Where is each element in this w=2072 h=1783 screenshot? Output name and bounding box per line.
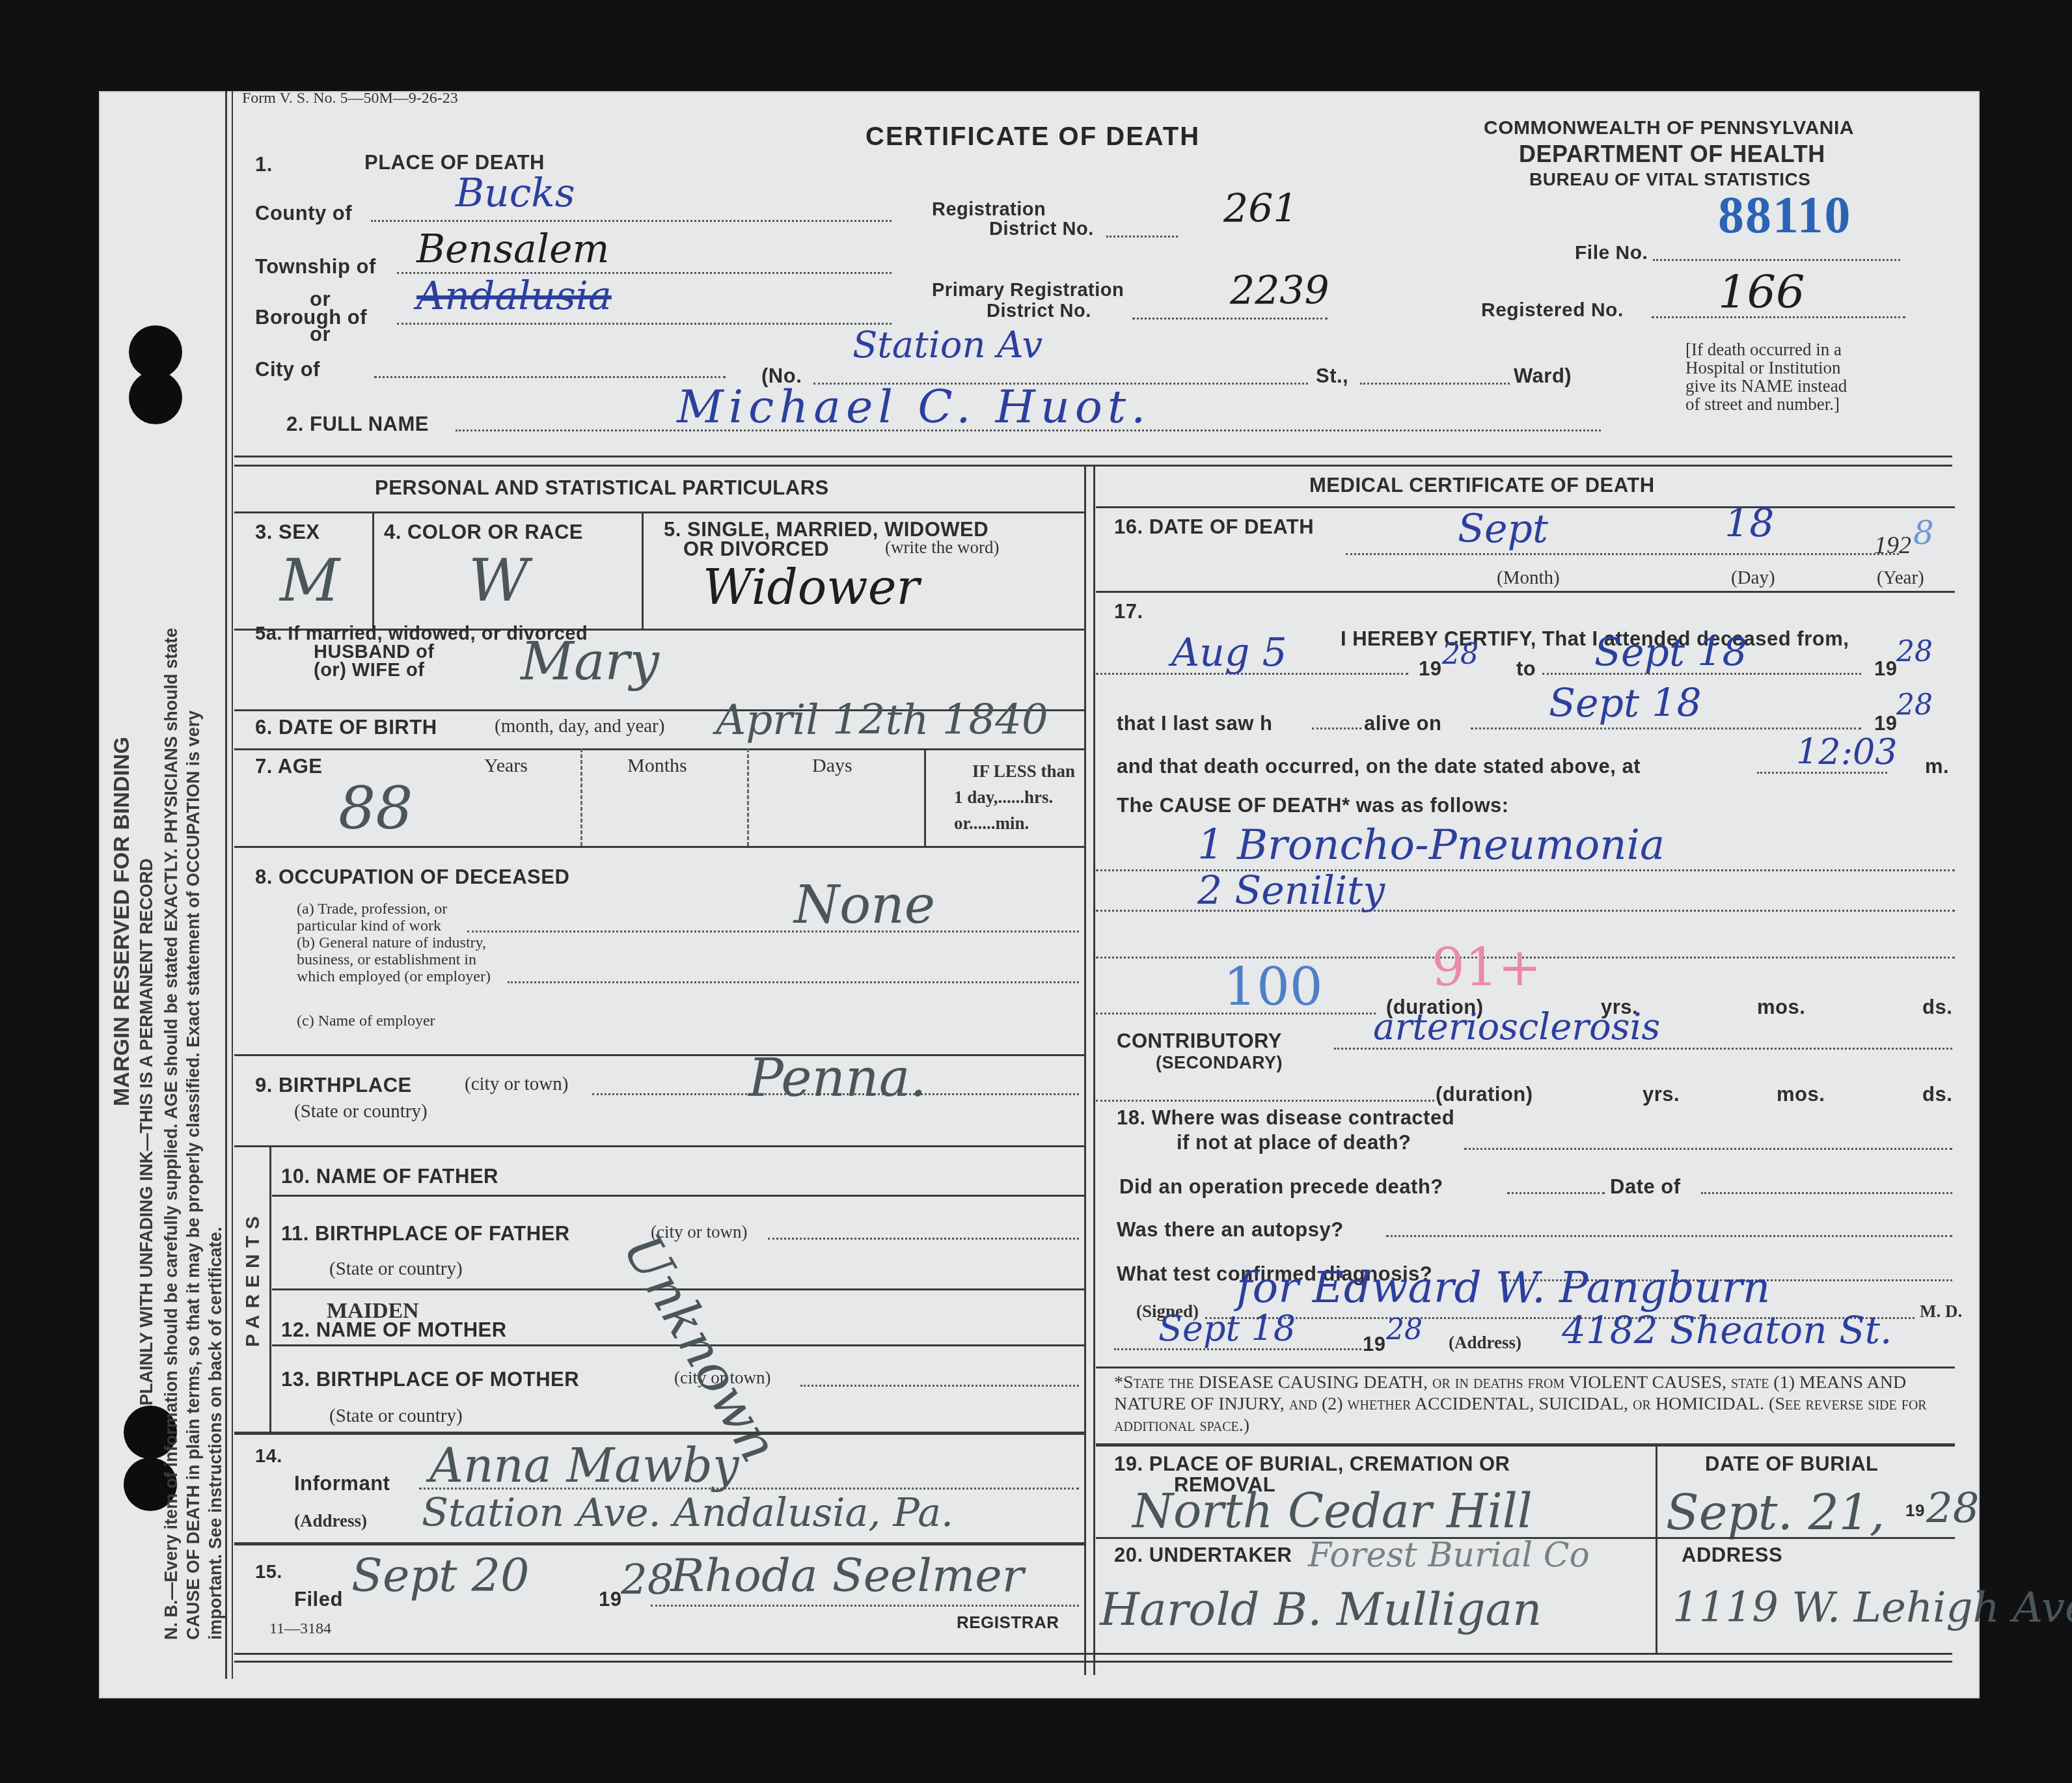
burial-year-prefix: 19 bbox=[1905, 1501, 1925, 1521]
mother-label: 12. NAME OF MOTHER bbox=[281, 1318, 507, 1342]
father-birthplace-label: 11. BIRTHPLACE OF FATHER bbox=[281, 1222, 570, 1245]
duration-label-2: (duration) bbox=[1436, 1083, 1533, 1106]
margin-line-1: N. B.—Every item of information should b… bbox=[161, 628, 182, 1640]
age-label: 7. AGE bbox=[255, 755, 323, 778]
day-label: (Day) bbox=[1731, 567, 1775, 589]
code-blue: 100 bbox=[1223, 957, 1323, 1017]
margin-line-2: PLAINLY WITH UNFADING INK—THIS IS A PERM… bbox=[137, 858, 157, 1406]
row-line bbox=[234, 1145, 1084, 1147]
father-state-hint: (State or country) bbox=[329, 1259, 463, 1280]
attend-to-year-prefix: 19 bbox=[1874, 657, 1897, 681]
dod-month[interactable]: Sept bbox=[1458, 506, 1548, 552]
attend-to-year[interactable]: 28 bbox=[1896, 635, 1933, 668]
years-label: Years bbox=[484, 755, 528, 777]
informant-address-label: (Address) bbox=[294, 1511, 367, 1531]
operation-label: Did an operation precede death? bbox=[1119, 1175, 1443, 1199]
col-line bbox=[1656, 1446, 1657, 1654]
dob-label: 6. DATE OF BIRTH bbox=[255, 716, 437, 739]
row-line-thick bbox=[234, 1542, 1084, 1545]
hospital-note-4: of street and number.] bbox=[1685, 394, 1840, 415]
occupation-label: 8. OCCUPATION OF DECEASED bbox=[255, 865, 569, 889]
filed-label: Filed bbox=[294, 1588, 343, 1611]
margin-line-3: CAUSE OF DEATH in plain terms, so that i… bbox=[184, 711, 204, 1640]
q18-label-2: if not at place of death? bbox=[1177, 1131, 1411, 1154]
months-label: Months bbox=[627, 755, 687, 777]
medical-header: MEDICAL CERTIFICATE OF DEATH bbox=[1309, 474, 1655, 497]
undertaker-address-label: ADDRESS bbox=[1682, 1544, 1782, 1567]
mother-birthplace-line bbox=[800, 1385, 1079, 1387]
age-value[interactable]: 88 bbox=[338, 774, 413, 843]
informant-name[interactable]: Anna Mawby bbox=[429, 1438, 739, 1493]
col-line bbox=[642, 511, 644, 629]
attend-from-year-prefix: 19 bbox=[1419, 657, 1441, 681]
row-line-thick bbox=[234, 1432, 1084, 1435]
burial-date-label: DATE OF BURIAL bbox=[1705, 1452, 1878, 1476]
informant-num: 14. bbox=[255, 1446, 282, 1467]
attend-from[interactable]: Aug 5 bbox=[1171, 630, 1287, 675]
mother-birthplace-label: 13. BIRTHPLACE OF MOTHER bbox=[281, 1368, 579, 1391]
parents-side-label: PARENTS bbox=[242, 1210, 264, 1347]
full-name-label: 2. FULL NAME bbox=[286, 413, 429, 436]
date-of-label: Date of bbox=[1610, 1175, 1681, 1199]
row-line bbox=[234, 1661, 1952, 1663]
attend-to[interactable]: Sept 18 bbox=[1594, 630, 1747, 675]
occupation-b-3: which employed (or employer) bbox=[297, 968, 491, 986]
burial-place-label-1: 19. PLACE OF BURIAL, CREMATION OR bbox=[1114, 1452, 1510, 1476]
row-line bbox=[234, 1653, 1952, 1655]
q18-line bbox=[1464, 1148, 1952, 1150]
col-dash bbox=[747, 748, 749, 846]
punch-hole bbox=[129, 371, 182, 424]
or-2: or bbox=[310, 323, 331, 346]
signed-year[interactable]: 28 bbox=[1386, 1313, 1423, 1346]
q18-label-1: 18. Where was disease contracted bbox=[1117, 1106, 1454, 1130]
ds-label-2: ds. bbox=[1922, 1083, 1952, 1106]
margin-title: MARGIN RESERVED FOR BINDING bbox=[109, 737, 135, 1106]
attend-from-year[interactable]: 28 bbox=[1442, 638, 1479, 671]
city-label: City of bbox=[255, 358, 320, 381]
column-divider bbox=[1093, 465, 1095, 1675]
month-label: (Month) bbox=[1497, 567, 1560, 589]
contributory-label: CONTRIBUTORY bbox=[1117, 1029, 1282, 1053]
informant-address[interactable]: Station Ave. Andalusia, Pa. bbox=[422, 1490, 953, 1536]
hospital-note-3: give its NAME instead bbox=[1685, 376, 1847, 396]
filed-date[interactable]: Sept 20 bbox=[351, 1549, 530, 1602]
reg-district-label-1: Registration bbox=[932, 199, 1046, 221]
occupation-a-1: (a) Trade, profession, or bbox=[297, 901, 447, 918]
date-of-line bbox=[1701, 1192, 1952, 1194]
dod-day[interactable]: 18 bbox=[1724, 501, 1774, 547]
registered-no-value[interactable]: 166 bbox=[1718, 265, 1805, 319]
duration-line-2 bbox=[1096, 1100, 1434, 1102]
primary-reg-label-1: Primary Registration bbox=[932, 280, 1124, 301]
ward-field-line bbox=[1360, 383, 1510, 385]
secondary-label: (SECONDARY) bbox=[1156, 1053, 1283, 1073]
birthplace-value[interactable]: Penna. bbox=[748, 1048, 927, 1108]
agency-line-1: COMMONWEALTH OF PENNSYLVANIA bbox=[1484, 117, 1854, 139]
hospital-note-2: Hospital or Institution bbox=[1685, 358, 1841, 378]
race-value[interactable]: W bbox=[469, 547, 529, 615]
street-value[interactable]: Station Av bbox=[852, 324, 1043, 366]
dob-value[interactable]: April 12th 1840 bbox=[716, 696, 1048, 744]
last-saw-alive-label: alive on bbox=[1364, 712, 1441, 735]
birthplace-hint2: (State or country) bbox=[294, 1101, 428, 1123]
physician-signature[interactable]: for Edward W. Pangburn bbox=[1236, 1262, 1770, 1313]
county-field-line bbox=[371, 220, 892, 222]
last-saw-label: that I last saw h bbox=[1117, 712, 1272, 735]
race-label: 4. COLOR OR RACE bbox=[384, 521, 583, 544]
father-birthplace-line bbox=[768, 1238, 1079, 1240]
cause-1[interactable]: 1 Broncho-Pneumonia bbox=[1197, 821, 1665, 869]
personal-header: PERSONAL AND STATISTICAL PARTICULARS bbox=[375, 476, 829, 500]
dob-hint: (month, day, and year) bbox=[495, 716, 664, 737]
margin-line-4: important. See instructions on back of c… bbox=[206, 1227, 226, 1640]
duration-line-1 bbox=[1096, 1013, 1376, 1014]
less-than-2: 1 day,......hrs. bbox=[954, 787, 1053, 808]
county-value[interactable]: Bucks bbox=[456, 170, 575, 216]
row-line bbox=[234, 846, 1084, 848]
last-saw-date[interactable]: Sept 18 bbox=[1549, 681, 1702, 726]
last-saw-pronoun-line bbox=[1312, 728, 1361, 729]
row-line bbox=[234, 511, 1084, 513]
to-label: to bbox=[1516, 657, 1536, 681]
days-label: Days bbox=[812, 755, 852, 777]
dod-year-prefix: 192 bbox=[1874, 531, 1911, 560]
col-line bbox=[924, 748, 926, 846]
ds-label-1: ds. bbox=[1922, 996, 1952, 1019]
occupation-a-line bbox=[467, 931, 1079, 932]
primary-reg-field-line bbox=[1132, 318, 1328, 320]
undertaker-company[interactable]: Forest Burial Co bbox=[1308, 1536, 1590, 1575]
col-dash bbox=[580, 748, 582, 846]
less-than-3: or......min. bbox=[954, 813, 1029, 834]
borough-field-line bbox=[397, 323, 892, 325]
yrs-label-2: yrs. bbox=[1643, 1083, 1680, 1106]
registered-no-label: Registered No. bbox=[1481, 299, 1624, 321]
filed-num: 15. bbox=[255, 1562, 282, 1583]
less-than-1: IF LESS than bbox=[972, 761, 1075, 782]
mos-label-2: mos. bbox=[1777, 1083, 1825, 1106]
mother-state-hint: (State or country) bbox=[329, 1406, 463, 1427]
mos-label-1: mos. bbox=[1757, 996, 1805, 1019]
birthplace-label: 9. BIRTHPLACE bbox=[255, 1074, 412, 1097]
last-saw-line bbox=[1471, 728, 1861, 729]
section-divider bbox=[234, 456, 1952, 457]
m-label: m. bbox=[1925, 755, 1949, 778]
reg-district-field-line bbox=[1106, 236, 1178, 238]
occupation-value[interactable]: None bbox=[794, 875, 935, 935]
parents-bracket bbox=[269, 1145, 271, 1432]
frame-left-inner bbox=[232, 91, 233, 1679]
agency-line-2: DEPARTMENT OF HEALTH bbox=[1519, 141, 1825, 168]
reg-district-value[interactable]: 261 bbox=[1223, 186, 1298, 232]
sex-value[interactable]: M bbox=[280, 547, 340, 615]
marital-label-2: OR DIVORCED bbox=[683, 538, 829, 561]
dod-label: 16. DATE OF DEATH bbox=[1114, 515, 1314, 539]
county-label: County of bbox=[255, 202, 352, 225]
undertaker-name[interactable]: Harold B. Mulligan bbox=[1100, 1583, 1542, 1636]
st-label: St., bbox=[1316, 364, 1348, 388]
township-value[interactable]: Bensalem bbox=[416, 226, 609, 272]
undertaker-address[interactable]: 1119 W. Lehigh Ave bbox=[1672, 1584, 2072, 1632]
occupation-b-1: (b) General nature of industry, bbox=[297, 934, 486, 952]
burial-date[interactable]: Sept. 21, bbox=[1666, 1485, 1885, 1541]
place-of-death-num: 1. bbox=[255, 153, 273, 176]
registrar-line bbox=[651, 1605, 1079, 1607]
filed-year[interactable]: 28 bbox=[621, 1557, 674, 1605]
occupation-a-2: particular kind of work bbox=[297, 918, 441, 935]
last-saw-year[interactable]: 28 bbox=[1896, 688, 1933, 722]
undertaker-label: 20. UNDERTAKER bbox=[1114, 1544, 1292, 1567]
row-line bbox=[272, 1195, 1084, 1197]
code-red: 91+ bbox=[1432, 937, 1542, 998]
occupation-b-line bbox=[508, 981, 1079, 983]
md-label: M. D. bbox=[1920, 1301, 1962, 1322]
autopsy-line bbox=[1386, 1235, 1952, 1237]
reg-district-label-2: District No. bbox=[989, 219, 1094, 240]
primary-reg-label-2: District No. bbox=[987, 301, 1091, 322]
operation-line bbox=[1507, 1192, 1605, 1194]
dod-line bbox=[1346, 553, 1899, 555]
frame-left bbox=[225, 91, 227, 1679]
time-value[interactable]: 12:03 bbox=[1796, 731, 1898, 772]
footnote: *State the DISEASE CAUSING DEATH, or in … bbox=[1114, 1372, 1954, 1436]
row-line bbox=[1096, 591, 1955, 593]
cause-2[interactable]: 2 Senility bbox=[1197, 868, 1385, 914]
form-number: Form V. S. No. 5—50M—9-26-23 bbox=[242, 90, 458, 107]
occupation-b-2: business, or establishment in bbox=[297, 951, 476, 969]
occupation-c: (c) Name of employer bbox=[297, 1013, 435, 1030]
time-label: and that death occurred, on the date sta… bbox=[1117, 755, 1641, 778]
registrar-label: REGISTRAR bbox=[957, 1613, 1059, 1633]
spouse-value[interactable]: Mary bbox=[521, 631, 659, 692]
row-line bbox=[1096, 1367, 1955, 1368]
burial-place[interactable]: North Cedar Hill bbox=[1132, 1484, 1533, 1538]
col-line bbox=[372, 511, 374, 629]
signed-date[interactable]: Sept 18 bbox=[1158, 1308, 1296, 1349]
contributory-value[interactable]: arteriosclerosis bbox=[1373, 1006, 1660, 1048]
column-divider bbox=[1084, 465, 1086, 1675]
physician-address[interactable]: 4182 Sheaton St. bbox=[1562, 1308, 1892, 1352]
file-no-field-line bbox=[1653, 259, 1900, 261]
autopsy-label: Was there an autopsy? bbox=[1117, 1218, 1344, 1242]
dod-year[interactable]: 8 bbox=[1913, 514, 1934, 552]
print-code: 11—3184 bbox=[269, 1620, 331, 1638]
burial-year[interactable]: 28 bbox=[1926, 1485, 1979, 1533]
filed-year-prefix: 19 bbox=[599, 1588, 621, 1611]
signed-year-prefix: 19 bbox=[1363, 1333, 1385, 1356]
cert-num: 17. bbox=[1114, 600, 1143, 623]
file-no-label: File No. bbox=[1575, 242, 1648, 264]
cause-label: The CAUSE OF DEATH* was as follows: bbox=[1117, 794, 1509, 817]
father-label: 10. NAME OF FATHER bbox=[281, 1165, 498, 1188]
full-name-value[interactable]: Michael C. Huot. bbox=[677, 380, 1151, 433]
row-line bbox=[234, 1054, 1084, 1056]
city-field-line bbox=[374, 376, 726, 378]
ward-label: Ward) bbox=[1514, 364, 1572, 388]
marital-hint: (write the word) bbox=[885, 538, 999, 558]
file-number-stamp: 88110 bbox=[1718, 186, 1852, 245]
row-line bbox=[234, 748, 1084, 750]
hospital-note-1: [If death occurred in a bbox=[1685, 340, 1842, 360]
informant-label: Informant bbox=[294, 1472, 390, 1495]
physician-address-label: (Address) bbox=[1449, 1333, 1521, 1353]
year-label: (Year) bbox=[1877, 567, 1924, 589]
sex-label: 3. SEX bbox=[255, 521, 320, 544]
township-label: Township of bbox=[255, 255, 376, 279]
primary-reg-value[interactable]: 2239 bbox=[1230, 268, 1329, 314]
borough-value[interactable]: Andalusia bbox=[416, 273, 612, 319]
spouse-label-3: (or) WIFE of bbox=[314, 660, 424, 681]
certificate-title: CERTIFICATE OF DEATH bbox=[866, 122, 1200, 152]
marital-value[interactable]: Widower bbox=[703, 560, 920, 616]
birthplace-hint: (city or town) bbox=[465, 1074, 568, 1095]
row-line-thick bbox=[1096, 1443, 1955, 1447]
registrar-signature[interactable]: Rhoda Seelmer bbox=[670, 1549, 1024, 1602]
